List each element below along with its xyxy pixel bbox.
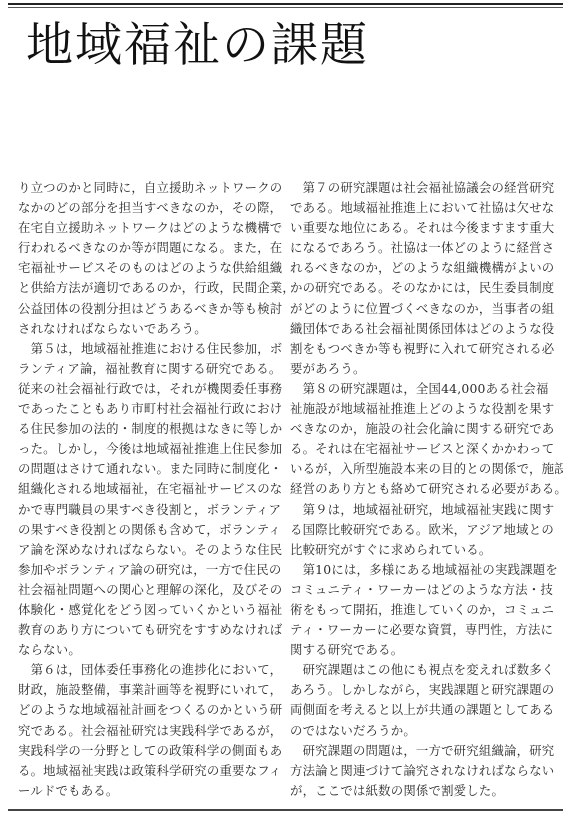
text-line: されなければならないであろう。 xyxy=(18,319,276,339)
text-line: 関する研究である。 xyxy=(290,640,548,660)
text-line: コミュニティ・ワーカーはどのような方法・技 xyxy=(290,580,548,600)
text-line: る住民参加の法的・制度的根拠はなきに等しか xyxy=(18,419,276,439)
text-line: 研究課題はこの他にも視点を変えれば数多く xyxy=(290,660,548,680)
text-line: り立つのかと同時に，自立援助ネットワークの xyxy=(18,178,276,198)
text-line: がどのように位置づくべきなのか，当事者の組 xyxy=(290,299,548,319)
text-line: 両側面を考えると以上が共通の課題としてある xyxy=(290,700,548,720)
text-line: べきなのか，施設の社会化論に関する研究であ xyxy=(290,419,548,439)
text-line: 宅福祉サービスそのものはどのような供給組織 xyxy=(18,258,276,278)
text-line: の問題はさけて通れない。また同時に制度化・ xyxy=(18,459,276,479)
text-line: 社会福祉問題への関心と理解の深化，及びその xyxy=(18,580,276,600)
text-line: 第６は，団体委任事務化の進捗化において， xyxy=(18,660,276,680)
text-line: ールドでもある。 xyxy=(18,781,276,801)
text-line: 体験化・感覚化をどう図っていくかという福祉 xyxy=(18,600,276,620)
text-line: 第７の研究課題は社会福祉協議会の経営研究 xyxy=(290,178,548,198)
text-line: 行われるべきなのか等が問題になる。また，在 xyxy=(18,238,276,258)
text-line: 第９は，地域福祉研究，地域福祉実践に関す xyxy=(290,500,548,520)
text-line: 祉施設が地域福祉推進上どのような役割を果す xyxy=(290,399,548,419)
text-line: ランティア論，福祉教育に関する研究である。 xyxy=(18,359,276,379)
text-line: る。それは在宅福祉サービスと深くかかわって xyxy=(290,439,548,459)
text-line: と供給方法が適切であるのか，行政，民間企業， xyxy=(18,278,276,298)
text-line: い重要な地位にある。それは今後ますます重大 xyxy=(290,218,548,238)
text-line: である。地域福祉推進上において社協は欠せな xyxy=(290,198,548,218)
right-column: 第７の研究課題は社会福祉協議会の経営研究である。地域福祉推進上において社協は欠せ… xyxy=(290,178,548,801)
text-line: 第10には，多様にある地域福祉の実践課題を xyxy=(290,560,548,580)
text-line: 財政，施設整備，事業計画等を視野にいれて， xyxy=(18,680,276,700)
top-rule-thin xyxy=(8,7,563,8)
bottom-rule xyxy=(8,809,563,811)
text-line: ティ・ワーカーに必要な資質，専門性，方法に xyxy=(290,620,548,640)
text-line: いるが，入所型施設本来の目的との関係で，施設 xyxy=(290,459,548,479)
left-column: り立つのかと同時に，自立援助ネットワークのなかのどの部分を担当すべきなのか，その… xyxy=(18,178,276,801)
text-line: 研究課題の問題は，一方で研究組織論，研究 xyxy=(290,741,548,761)
page-title: 地域福祉の課題 xyxy=(26,18,369,74)
text-line: 織団体である社会福祉関係団体はどのような役 xyxy=(290,319,548,339)
text-line: る国際比較研究である。欧米，アジア地域との xyxy=(290,520,548,540)
text-line: 参加やボランティア論の研究は，一方で住民の xyxy=(18,560,276,580)
text-line: が，ここでは紙数の関係で割愛した。 xyxy=(290,781,548,801)
text-line: 割をもつべきか等も視野に入れて研究される必 xyxy=(290,339,548,359)
text-line: 経営のあり方とも絡めて研究される必要がある。 xyxy=(290,479,548,499)
text-line: 第８の研究課題は，全国44,000ある社会福 xyxy=(290,379,548,399)
text-line: かで専門職員の果すべき役割と，ボランティア xyxy=(18,500,276,520)
text-line: になるであろう。社協は一体どのように経営さ xyxy=(290,238,548,258)
text-line: る。地域福祉実践は政策科学研究の重要なフィ xyxy=(18,761,276,781)
top-rule-thick xyxy=(8,3,563,5)
text-line: 教育のあり方についても研究をすすめなければ xyxy=(18,620,276,640)
text-line: 公益団体の役割分担はどうあるべきか等も検討 xyxy=(18,299,276,319)
text-line: かの研究である。そのなかには，民生委員制度 xyxy=(290,278,548,298)
text-line: 従来の社会福祉行政では，それが機関委任事務 xyxy=(18,379,276,399)
text-line: どのような地域福祉計画をつくるのかという研 xyxy=(18,700,276,720)
text-line: れるべきなのか，どのような組織機構がよいの xyxy=(290,258,548,278)
text-line: 実践科学の一分野としての政策科学の側面もあ xyxy=(18,741,276,761)
text-line: 術をもって開拓，推進していくのか，コミュニ xyxy=(290,600,548,620)
text-line: あろう。しかしながら，実践課題と研究課題の xyxy=(290,680,548,700)
text-line: の果すべき役割との関係も含めて，ボランティ xyxy=(18,520,276,540)
text-line: 在宅自立援助ネットワークはどのような機構で xyxy=(18,218,276,238)
text-line: った。しかし，今後は地域福祉推進上住民参加 xyxy=(18,439,276,459)
text-line: 方法論と関連づけて論究されなければならない xyxy=(290,761,548,781)
text-line: であったこともあり市町村社会福祉行政におけ xyxy=(18,399,276,419)
text-line: 第５は，地域福祉推進における住民参加，ボ xyxy=(18,339,276,359)
text-line: なかのどの部分を担当すべきなのか，その際， xyxy=(18,198,276,218)
text-line: 比較研究がすぐに求められている。 xyxy=(290,540,548,560)
text-line: ア論を深めなければならない。そのような住民 xyxy=(18,540,276,560)
text-line: のではないだろうか。 xyxy=(290,721,548,741)
text-line: 組織化される地域福祉，在宅福祉サービスのな xyxy=(18,479,276,499)
text-line: 究である。社会福祉研究は実践科学であるが， xyxy=(18,721,276,741)
text-line: ならない。 xyxy=(18,640,276,660)
text-line: 要があろう。 xyxy=(290,359,548,379)
